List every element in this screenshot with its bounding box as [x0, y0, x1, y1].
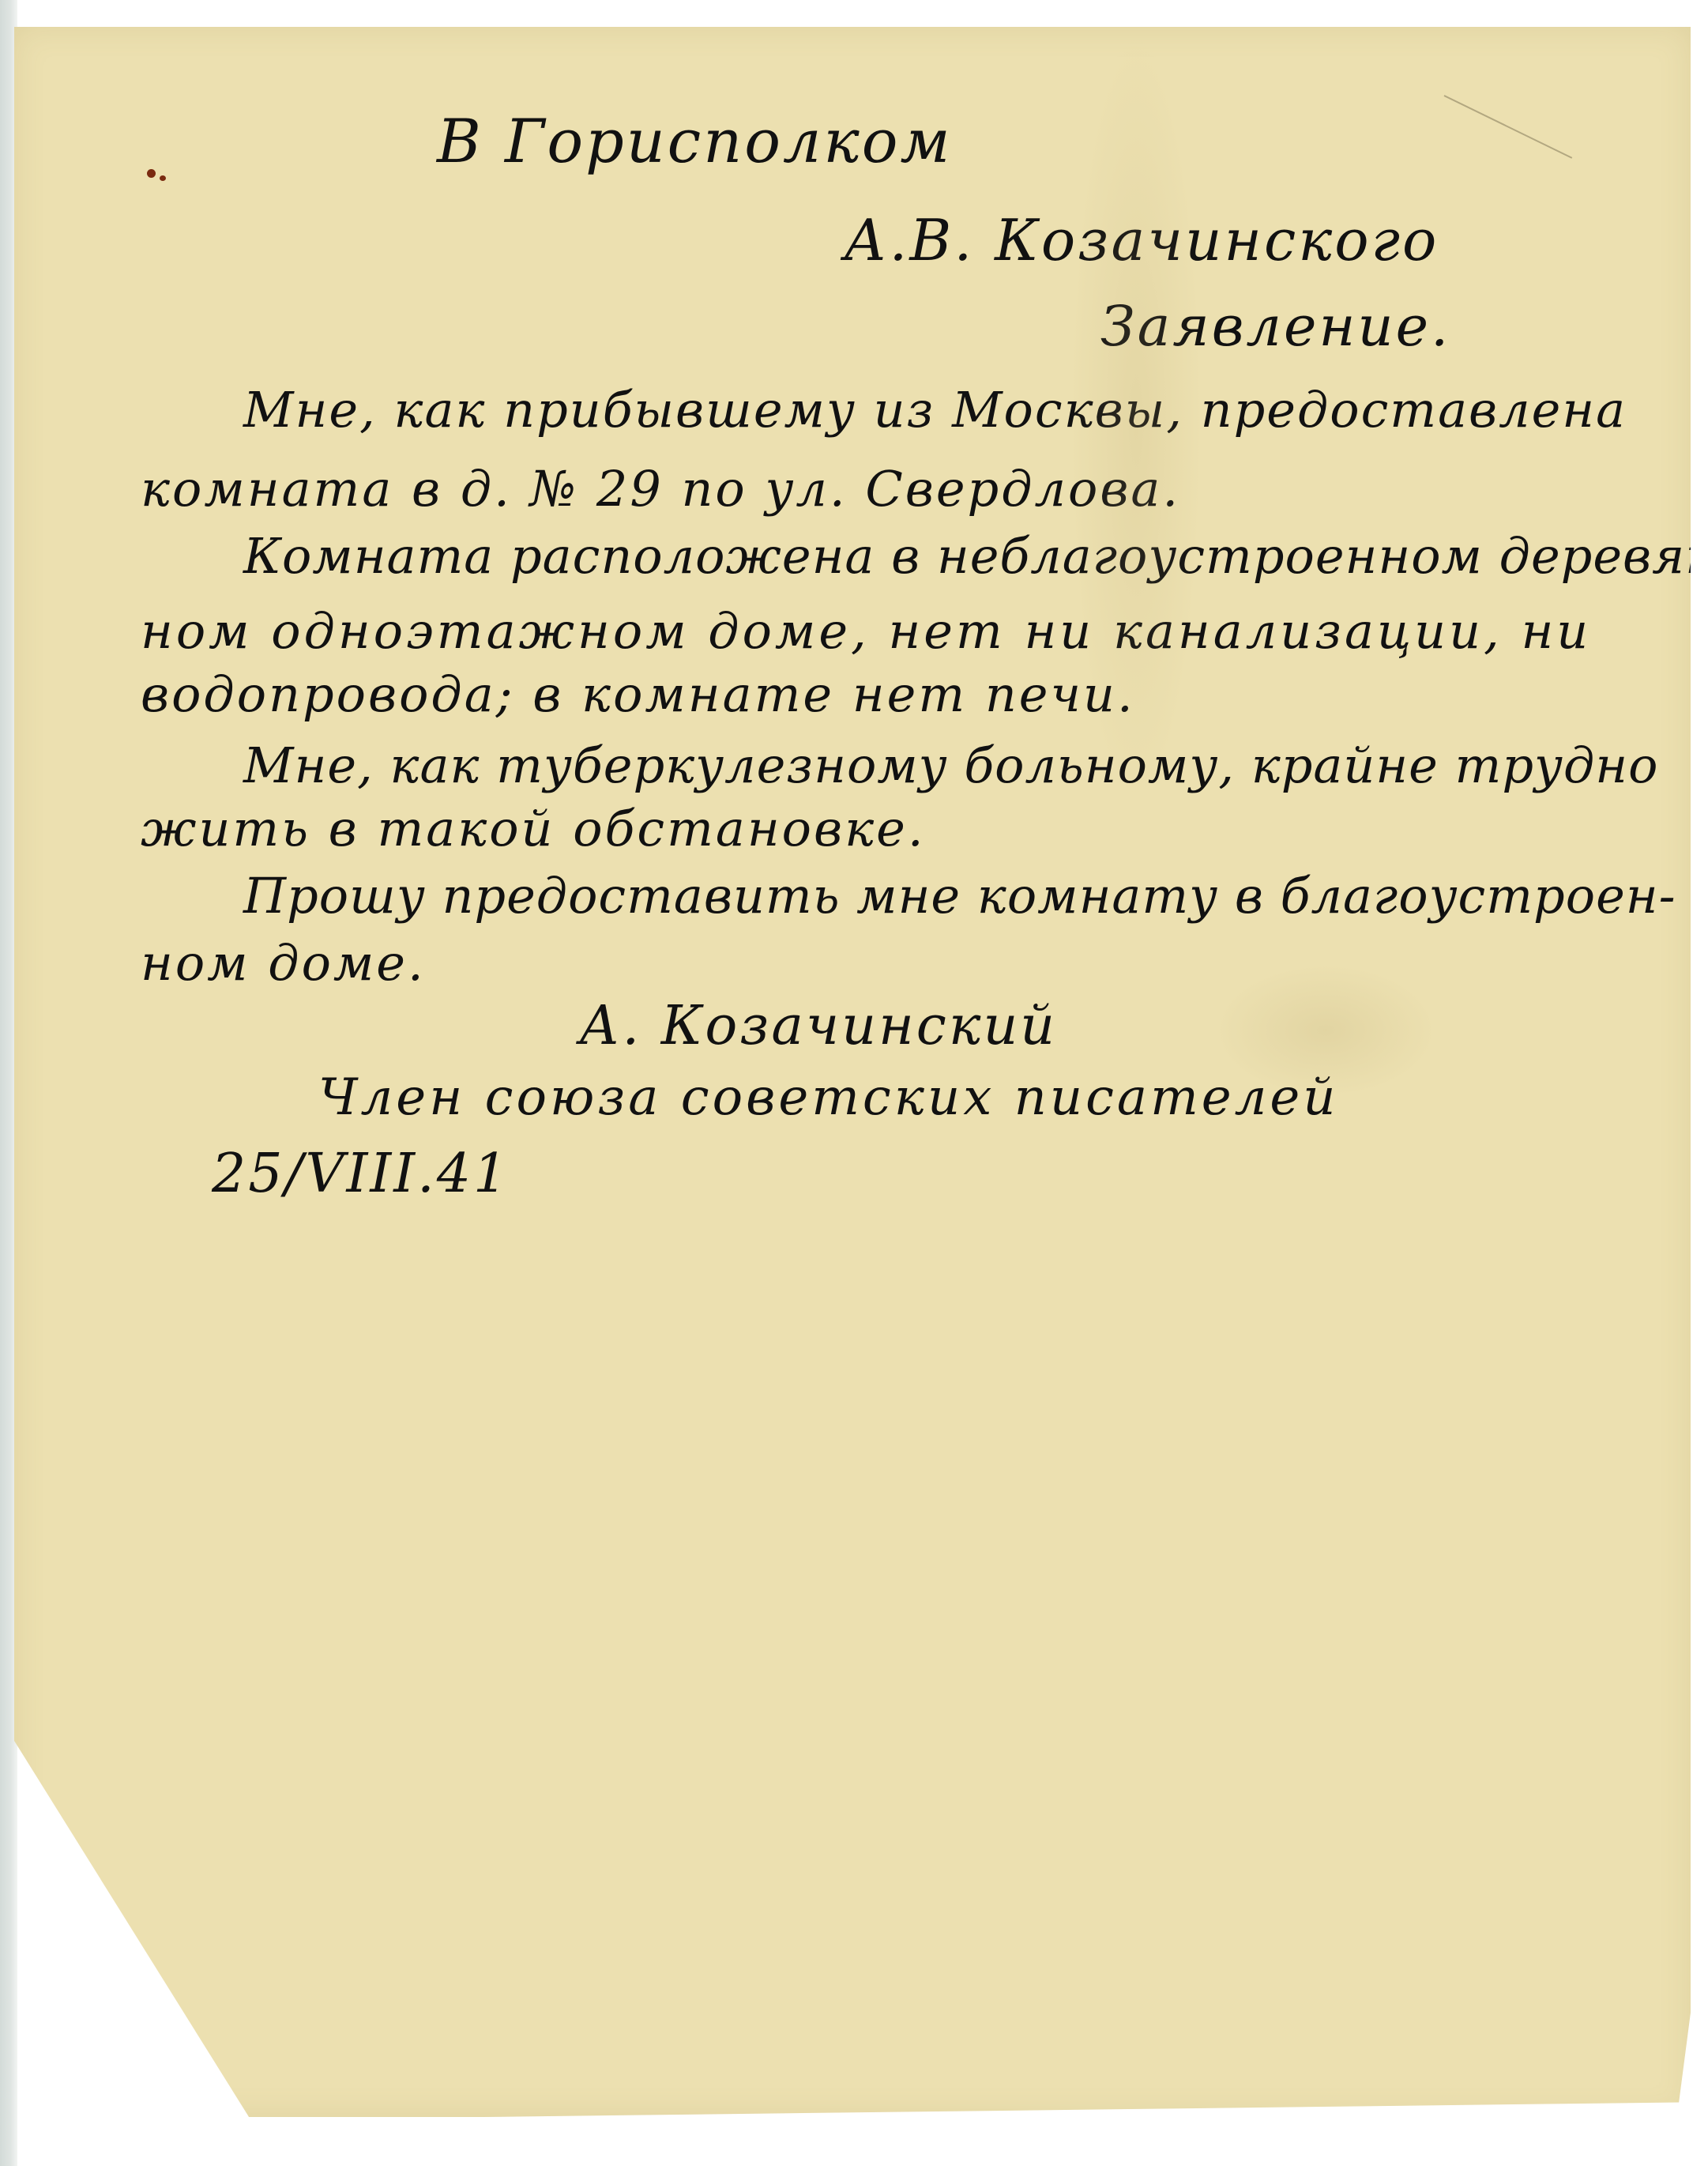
- body-line: Мне, как туберкулезному больному, крайне…: [243, 736, 1658, 794]
- ink-stain: [160, 175, 166, 181]
- letter-title: Заявление.: [1100, 294, 1450, 359]
- body-line: ном доме.: [141, 934, 426, 992]
- body-line: Прошу предоставить мне комнату в благоус…: [243, 867, 1676, 925]
- body-line: ном одноэтажном доме, нет ни канализации…: [141, 602, 1591, 660]
- sender-name: А.В. Козачинского: [844, 207, 1439, 273]
- body-line: Мне, как прибывшему из Москвы, предостав…: [243, 381, 1627, 439]
- body-line: водопровода; в комнате нет печи.: [141, 665, 1135, 723]
- ink-stain: [147, 169, 156, 178]
- signer-title: Член союза советских писателей: [318, 1068, 1338, 1127]
- paper-crease: [1444, 95, 1573, 159]
- letter-paper: В Горисполком А.В. Козачинского Заявлени…: [14, 27, 1691, 2117]
- letter-date: 25/VIII.41: [212, 1143, 510, 1205]
- body-line: Комната расположена в неблагоустроенном …: [243, 527, 1708, 585]
- body-line: жить в такой обстановке.: [141, 800, 926, 857]
- addressee: В Горисполком: [437, 106, 953, 176]
- body-line: комната в д. № 29 по ул. Свердлова.: [141, 460, 1180, 518]
- signature: А. Козачинский: [579, 995, 1057, 1057]
